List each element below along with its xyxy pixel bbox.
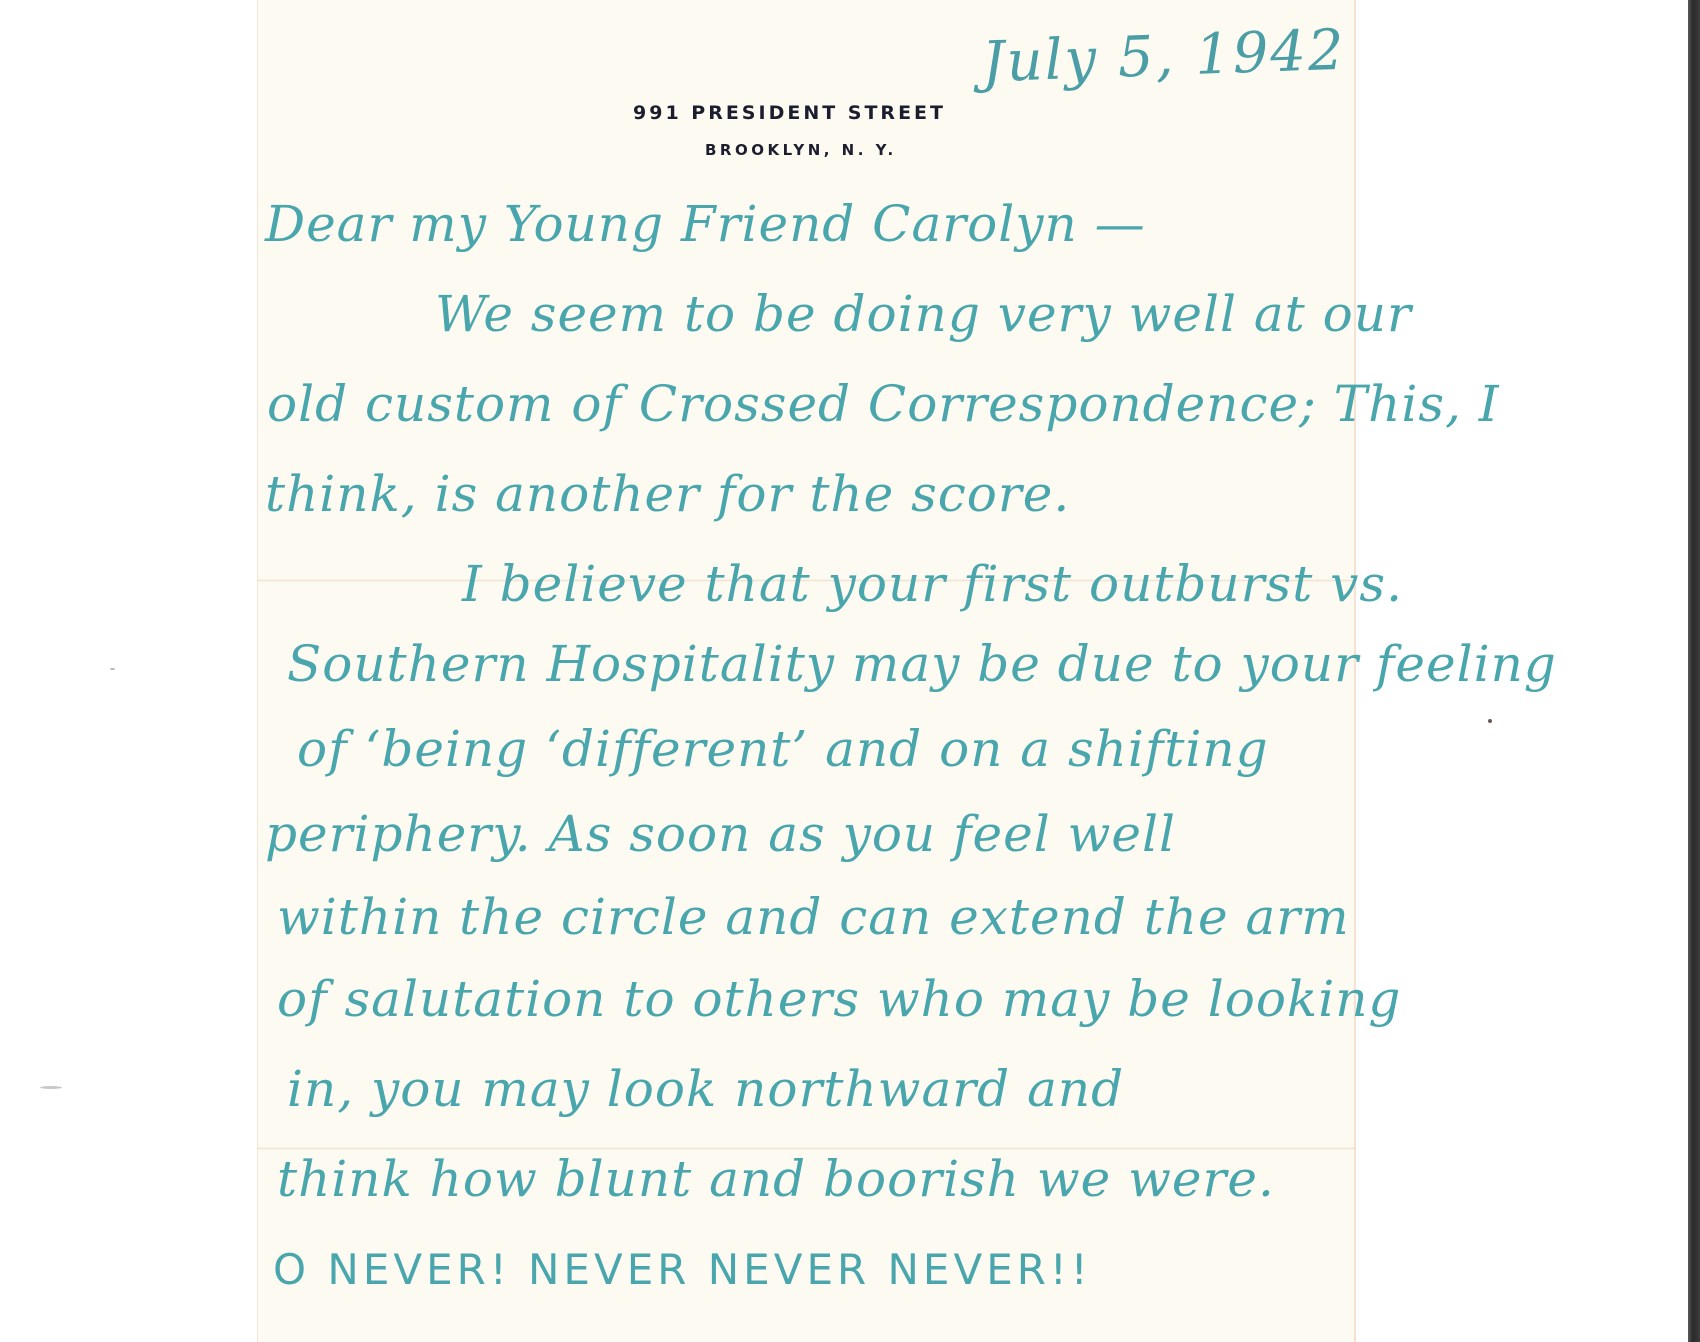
body-line-8: within the circle and can extend the arm: [277, 888, 1350, 946]
body-line-5: Southern Hospitality may be due to your …: [287, 635, 1557, 693]
body-line-6: of ‘being ‘different’ and on a shifting: [297, 720, 1269, 778]
scan-speck: [110, 668, 115, 670]
body-line-4: I believe that your first outburst vs.: [462, 555, 1403, 613]
letter-date: July 5, 1942: [981, 18, 1347, 96]
body-line-1: We seem to be doing very well at our: [435, 285, 1412, 343]
letterhead-city: BROOKLYN, N. Y.: [705, 141, 897, 159]
body-line-2: old custom of Crossed Correspondence; Th…: [267, 375, 1500, 433]
letter-paper: 991 PRESIDENT STREET BROOKLYN, N. Y. Jul…: [257, 0, 1356, 1342]
body-line-9: of salutation to others who may be looki…: [277, 970, 1401, 1028]
scanner-edge: [1688, 0, 1700, 1342]
scan-speck: [40, 1086, 62, 1089]
letterhead-street: 991 PRESIDENT STREET: [633, 102, 946, 124]
scanned-letter: 991 PRESIDENT STREET BROOKLYN, N. Y. Jul…: [0, 0, 1700, 1342]
body-line-12: O NEVER! NEVER NEVER NEVER!!: [273, 1245, 1092, 1294]
body-line-11: think how blunt and boorish we were.: [277, 1150, 1275, 1208]
salutation: Dear my Young Friend Carolyn —: [265, 195, 1146, 253]
body-line-3: think, is another for the score.: [265, 465, 1070, 523]
body-line-10: in, you may look northward and: [287, 1060, 1124, 1118]
scan-speck: [1488, 719, 1492, 723]
body-line-7: periphery. As soon as you feel well: [265, 805, 1176, 863]
